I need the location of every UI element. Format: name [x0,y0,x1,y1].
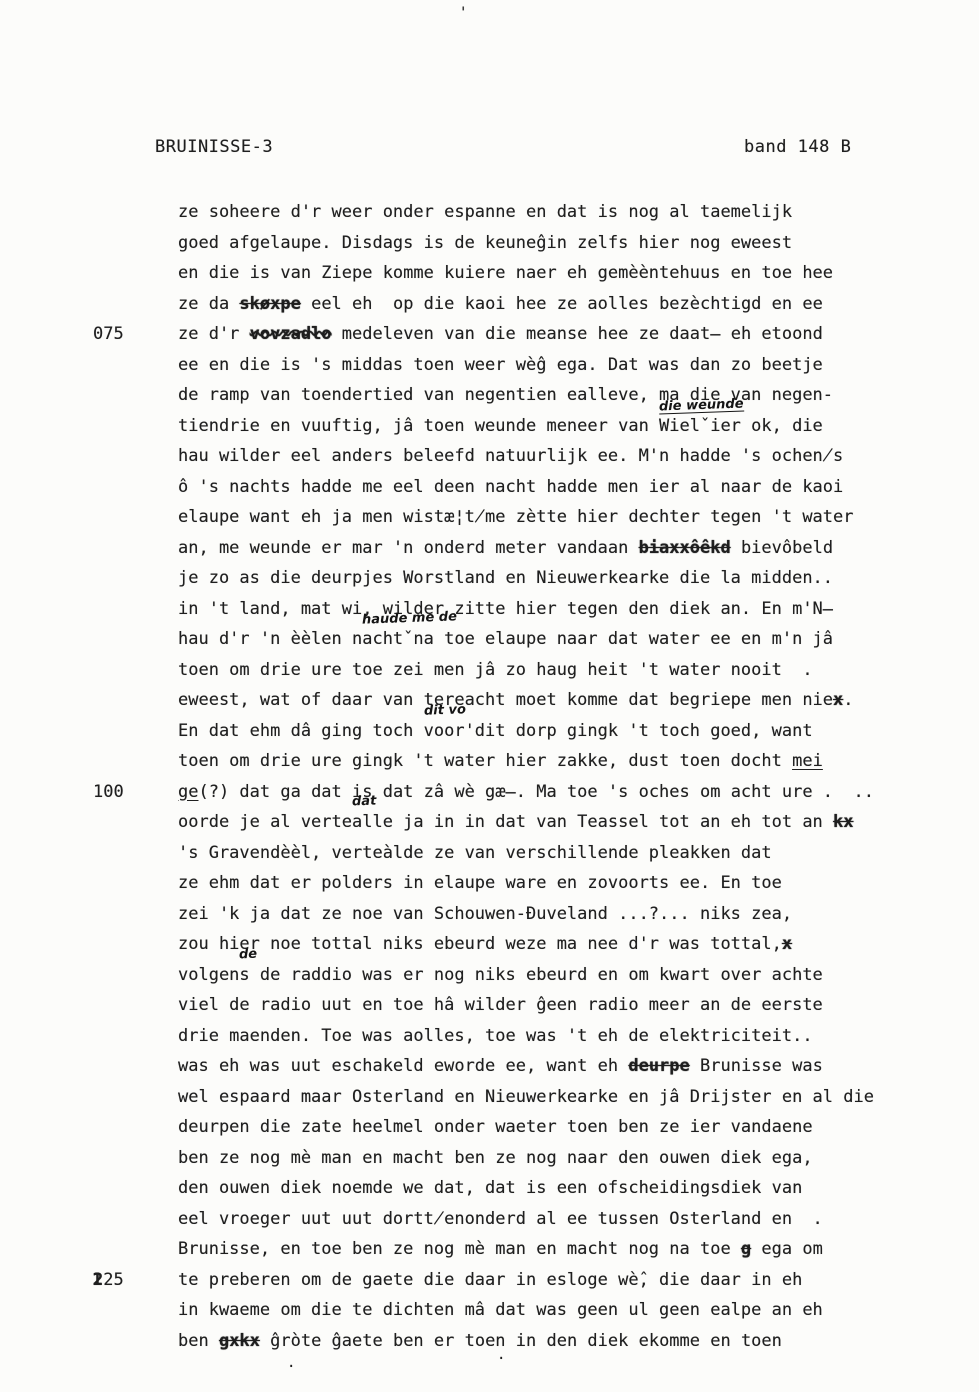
typed-text: eel eh op die kaoi hee ze aolles bezècht… [301,294,823,314]
typed-text: . [843,690,853,710]
handwritten-insertion: dit vo [423,703,465,717]
typed-text: in 't land, mat wi, wilder zitte hier te… [178,599,833,619]
text-line: eel vroeger uut uut dortt̸enonderd al ee… [178,1204,938,1235]
typed-text: Brunisse, en toe ben ze nog mè man en ma… [178,1239,741,1259]
stray-mark: . [497,1348,505,1362]
text-line: wel espaard maar Osterland en Nieuwerkea… [178,1082,938,1113]
text-line: ben ze nog mè man en macht ben ze nog na… [178,1143,938,1174]
text-line: je zo as die deurpjes Worstland en Nieuw… [178,563,938,594]
typed-text: elaupe want eh ja men wistæ¦t̸me zètte h… [178,507,854,527]
typed-text: hau wilder eel anders beleefd natuurlijk… [178,446,843,466]
typed-text: was eh was uut eschakeld eworde ee, want… [178,1056,628,1076]
text-line: viel de radio uut en toe hâ wilder ĝeen … [178,990,938,1021]
typed-text: in kwaeme om die te dichten mâ dat was g… [178,1300,823,1320]
typed-text: ega om [751,1239,823,1259]
text-line: eweest, wat of daar van tereacht moet ko… [178,685,938,716]
typed-text: oorde je al vertealle ja in in dat van T… [178,812,833,832]
text-line: volgens de raddio was er nog niks ebeurd… [178,960,938,991]
handwritten-insertion: de [239,947,258,961]
typed-text: ze d'r [178,324,250,344]
struck-text: x [833,690,843,710]
struck-text: g [741,1239,751,1259]
typed-text: an, me weunde er mar 'n onderd meter van… [178,538,639,558]
typed-text: tiendrie en vuuftig, jâ toen weunde mene… [178,416,823,436]
handwritten-insertion: dat [352,795,377,809]
typed-text: ze da [178,294,239,314]
document-title: BRUINISSE-3 [155,137,273,157]
typed-text: bievôbeld [731,538,833,558]
typed-text: drie maenden. Toe was aolles, toe was 't… [178,1026,813,1046]
text-line: en die is van Ziepe komme kuiere naer eh… [178,258,938,289]
handwritten-insertion: die weunde [659,397,744,414]
underlined-text: mei [792,751,823,771]
text-line: 's Gravendèèl, verteàlde ze van verschil… [178,838,938,869]
text-line: tiendrie en vuuftig, jâ toen weunde mene… [178,411,938,442]
typed-text: eel vroeger uut uut dortt̸enonderd al ee… [178,1209,823,1229]
text-line: zei 'k ja dat ze noe van Schouwen-Ðuvela… [178,899,938,930]
text-line: zou hier noe tottal niks ebeurd weze ma … [178,929,938,960]
typed-text: zou hier noe tottal niks ebeurd weze ma … [178,934,782,954]
stray-mark: ' [459,6,467,20]
text-line: oorde je al vertealle ja in in dat van T… [178,807,938,838]
text-line: toen om drie ure toe zei men jâ zo haug … [178,655,938,686]
struck-text: vovzadlo [250,324,332,344]
tape-reference: band 148 B [744,137,851,157]
typed-text: medeleven van die meanse hee ze daat̶ eh… [332,324,823,344]
text-line: was eh was uut eschakeld eworde ee, want… [178,1051,938,1082]
text-line: ze ehm dat er polders in elaupe ware en … [178,868,938,899]
text-line: drie maenden. Toe was aolles, toe was 't… [178,1021,938,1052]
text-line: ze da skøxpe eel eh op die kaoi hee ze a… [178,289,938,320]
typed-text: ô 's nachts hadde me eel deen nacht hadd… [178,477,843,497]
struck-text: deurpe [628,1056,689,1076]
struck-text: biaxxôêkd [639,538,731,558]
scanned-document-page: BRUINISSE-3 band 148 B ze soheere d'r we… [0,0,979,1392]
text-line: in kwaeme om die te dichten mâ dat was g… [178,1295,938,1326]
typed-text: toen om drie ure gingk 't water hier zak… [178,751,792,771]
line-number: 075 [93,319,124,350]
handwritten-insertion: haude me de [362,610,457,626]
typed-text: en die is van Ziepe komme kuiere naer eh… [178,263,833,283]
typed-text: volgens de raddio was er nog niks ebeurd… [178,965,823,985]
typed-text: En dat ehm dâ ging toch voor'dit dorp gi… [178,721,813,741]
typed-text: je zo as die deurpjes Worstland en Nieuw… [178,568,833,588]
text-line: 075ze d'r vovzadlo medeleven van die mea… [178,319,938,350]
typed-text: den ouwen diek noemde we dat, dat is een… [178,1178,802,1198]
typed-text: 's Gravendèèl, verteàlde ze van verschil… [178,843,772,863]
text-line: 2125te preberen om de gaete die daar in … [178,1265,938,1296]
typed-text: deurpen die zate heelmel onder waeter to… [178,1117,813,1137]
typed-text: ben ze nog mè man en macht ben ze nog na… [178,1148,813,1168]
typed-text: te preberen om de gaete die daar in eslo… [178,1270,802,1290]
typed-text: goed afgelaupe. Disdags is de keuneĝin z… [178,233,792,253]
text-line: Brunisse, en toe ben ze nog mè man en ma… [178,1234,938,1265]
text-line: den ouwen diek noemde we dat, dat is een… [178,1173,938,1204]
text-line: ee en die is 's middas toen weer wèĝ eg… [178,350,938,381]
struck-text: x [782,934,792,954]
text-line: de ramp van toendertied van negentien ea… [178,380,938,411]
typed-text: eweest, wat of daar van tereacht moet ko… [178,690,833,710]
transcript-body: ze soheere d'r weer onder espanne en dat… [178,197,938,1356]
typed-text: ze soheere d'r weer onder espanne en dat… [178,202,792,222]
text-line: En dat ehm dâ ging toch voor'dit dorp gi… [178,716,938,747]
line-number: 2125 [93,1265,124,1296]
typed-text: hau d'r 'n èèlen nachtˇna toe elaupe naa… [178,629,833,649]
text-line: ze soheere d'r weer onder espanne en dat… [178,197,938,228]
struck-text: gxkx [219,1331,260,1351]
text-line: ben gxkx ĝròte ĝaete ben er toen in den … [178,1326,938,1357]
typed-text: ĝròte ĝaete ben er toen in den diek ekom… [260,1331,782,1351]
typed-text: wel espaard maar Osterland en Nieuwerkea… [178,1087,874,1107]
typed-text: ze ehm dat er polders in elaupe ware en … [178,873,782,893]
line-number: 100 [93,777,124,808]
text-line: 100ge(?) dat ga dat is dat zâ wè gæ̶. Ma… [178,777,938,808]
struck-text: kx [833,812,853,832]
text-line: hau wilder eel anders beleefd natuurlijk… [178,441,938,472]
typed-text: toen om drie ure toe zei men jâ zo haug … [178,660,813,680]
typed-text: Brunisse was [690,1056,823,1076]
stray-mark: . [287,1356,295,1370]
typed-text: viel de radio uut en toe hâ wilder ĝeen … [178,995,823,1015]
text-line: ô 's nachts hadde me eel deen nacht hadd… [178,472,938,503]
text-line: an, me weunde er mar 'n onderd meter van… [178,533,938,564]
text-line: in 't land, mat wi, wilder zitte hier te… [178,594,938,625]
text-line: hau d'r 'n èèlen nachtˇna toe elaupe naa… [178,624,938,655]
typed-text: ben [178,1331,219,1351]
text-line: deurpen die zate heelmel onder waeter to… [178,1112,938,1143]
typed-text: (?) dat ga dat is dat zâ wè gæ̶. Ma toe … [198,782,874,802]
text-line: elaupe want eh ja men wistæ¦t̸me zètte h… [178,502,938,533]
typed-text: zei 'k ja dat ze noe van Schouwen-Ðuvela… [178,904,792,924]
struck-text: skøxpe [239,294,300,314]
underlined-text: ge [178,782,198,802]
text-line: toen om drie ure gingk 't water hier zak… [178,746,938,777]
typed-text: ee en die is 's middas toen weer wèĝ eg… [178,355,823,375]
text-line: goed afgelaupe. Disdags is de keuneĝin z… [178,228,938,259]
